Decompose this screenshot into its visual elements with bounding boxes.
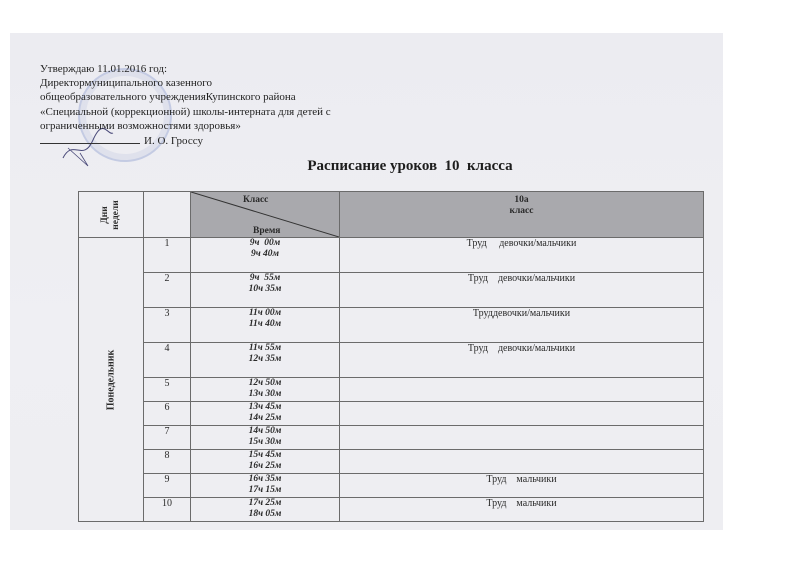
- lesson-number: 8: [144, 450, 191, 474]
- lesson-end: 14ч 25м: [191, 413, 339, 424]
- lesson-end: 9ч 40м: [191, 249, 339, 260]
- table-row: 311ч 00м11ч 40мТруддевочки/мальчики: [79, 308, 704, 343]
- lesson-time: 9ч 55м10ч 35м: [191, 273, 340, 308]
- lesson-number: 3: [144, 308, 191, 343]
- lesson-subject: [340, 378, 704, 402]
- class-name: 10а: [514, 195, 528, 205]
- lesson-number: 4: [144, 343, 191, 378]
- table-row: 411ч 55м12ч 35мТруд девочки/мальчики: [79, 343, 704, 378]
- table-row: Понедельник19ч 00м9ч 40мТруд девочки/мал…: [79, 238, 704, 273]
- class-word: класс: [510, 206, 534, 216]
- schedule-table: Днинедели Класс Время 10а класс Понедель…: [78, 191, 704, 522]
- header-row: Днинедели Класс Время 10а класс: [79, 192, 704, 238]
- day-label: Понедельник: [106, 349, 117, 410]
- lesson-subject: Труд девочки/мальчики: [340, 238, 704, 273]
- days-header-line2: недели: [111, 200, 121, 229]
- lesson-start: 9ч 00м: [191, 238, 339, 249]
- table-row: 613ч 45м14ч 25м: [79, 402, 704, 426]
- approval-line: ограниченными возможностями здоровья»: [40, 119, 331, 133]
- lesson-start: 11ч 55м: [191, 343, 339, 354]
- lesson-time: 13ч 45м14ч 25м: [191, 402, 340, 426]
- approval-block: Утверждаю 11.01.2016 год: Директормуници…: [40, 62, 331, 148]
- lesson-number: 1: [144, 238, 191, 273]
- approval-line: «Специальной (коррекционной) школы-интер…: [40, 105, 331, 119]
- lesson-time: 11ч 00м11ч 40м: [191, 308, 340, 343]
- table-row: 916ч 35м17ч 15мТруд мальчики: [79, 474, 704, 498]
- lesson-start: 12ч 50м: [191, 378, 339, 389]
- lesson-subject: [340, 426, 704, 450]
- lesson-time: 17ч 25м18ч 05м: [191, 498, 340, 522]
- days-header-line1: Дни: [100, 206, 110, 223]
- days-header: Днинедели: [79, 192, 144, 238]
- lesson-start: 13ч 45м: [191, 402, 339, 413]
- lesson-time: 15ч 45м16ч 25м: [191, 450, 340, 474]
- lesson-subject: [340, 450, 704, 474]
- table-row: 512ч 50м13ч 30м: [79, 378, 704, 402]
- lesson-end: 11ч 40м: [191, 319, 339, 330]
- lesson-subject: Труддевочки/мальчики: [340, 308, 704, 343]
- day-cell-monday: Понедельник: [79, 238, 144, 522]
- lesson-subject: Труд девочки/мальчики: [340, 343, 704, 378]
- lesson-start: 14ч 50м: [191, 426, 339, 437]
- lesson-time: 9ч 00м9ч 40м: [191, 238, 340, 273]
- lesson-subject: [340, 402, 704, 426]
- lesson-subject: Труд мальчики: [340, 498, 704, 522]
- lesson-end: 10ч 35м: [191, 284, 339, 295]
- lesson-end: 16ч 25м: [191, 461, 339, 472]
- lesson-end: 13ч 30м: [191, 389, 339, 400]
- lesson-number: 5: [144, 378, 191, 402]
- approval-line: Директормуниципального казенного: [40, 76, 331, 90]
- lesson-number: 10: [144, 498, 191, 522]
- signature-line: [40, 133, 140, 144]
- lesson-start: 17ч 25м: [191, 498, 339, 509]
- table-row: 815ч 45м16ч 25м: [79, 450, 704, 474]
- lesson-start: 16ч 35м: [191, 474, 339, 485]
- lesson-start: 15ч 45м: [191, 450, 339, 461]
- lesson-number: 7: [144, 426, 191, 450]
- lesson-start: 11ч 00м: [191, 308, 339, 319]
- approval-line: общеобразовательного учрежденияКупинског…: [40, 90, 331, 104]
- lesson-subject: Труд мальчики: [340, 474, 704, 498]
- lesson-end: 18ч 05м: [191, 509, 339, 520]
- lesson-end: 12ч 35м: [191, 354, 339, 365]
- lesson-time: 16ч 35м17ч 15м: [191, 474, 340, 498]
- signatory-name: И. О. Гроссу: [144, 135, 203, 147]
- lesson-number: 6: [144, 402, 191, 426]
- class-label: Класс: [243, 195, 268, 205]
- time-label: Время: [253, 226, 280, 236]
- class-time-header: Класс Время: [191, 192, 340, 238]
- table-row: 1017ч 25м18ч 05мТруд мальчики: [79, 498, 704, 522]
- table-row: 714ч 50м15ч 30м: [79, 426, 704, 450]
- lesson-subject: Труд девочки/мальчики: [340, 273, 704, 308]
- lesson-time: 14ч 50м15ч 30м: [191, 426, 340, 450]
- class-10a-header: 10а класс: [340, 192, 704, 238]
- lesson-number: 2: [144, 273, 191, 308]
- page-title: Расписание уроков 10 класса: [0, 158, 800, 175]
- lesson-time: 11ч 55м12ч 35м: [191, 343, 340, 378]
- approval-line: Утверждаю 11.01.2016 год:: [40, 62, 331, 76]
- lesson-time: 12ч 50м13ч 30м: [191, 378, 340, 402]
- number-header: [144, 192, 191, 238]
- lesson-end: 17ч 15м: [191, 485, 339, 496]
- lesson-start: 9ч 55м: [191, 273, 339, 284]
- lesson-number: 9: [144, 474, 191, 498]
- table-row: 29ч 55м10ч 35мТруд девочки/мальчики: [79, 273, 704, 308]
- lesson-end: 15ч 30м: [191, 437, 339, 448]
